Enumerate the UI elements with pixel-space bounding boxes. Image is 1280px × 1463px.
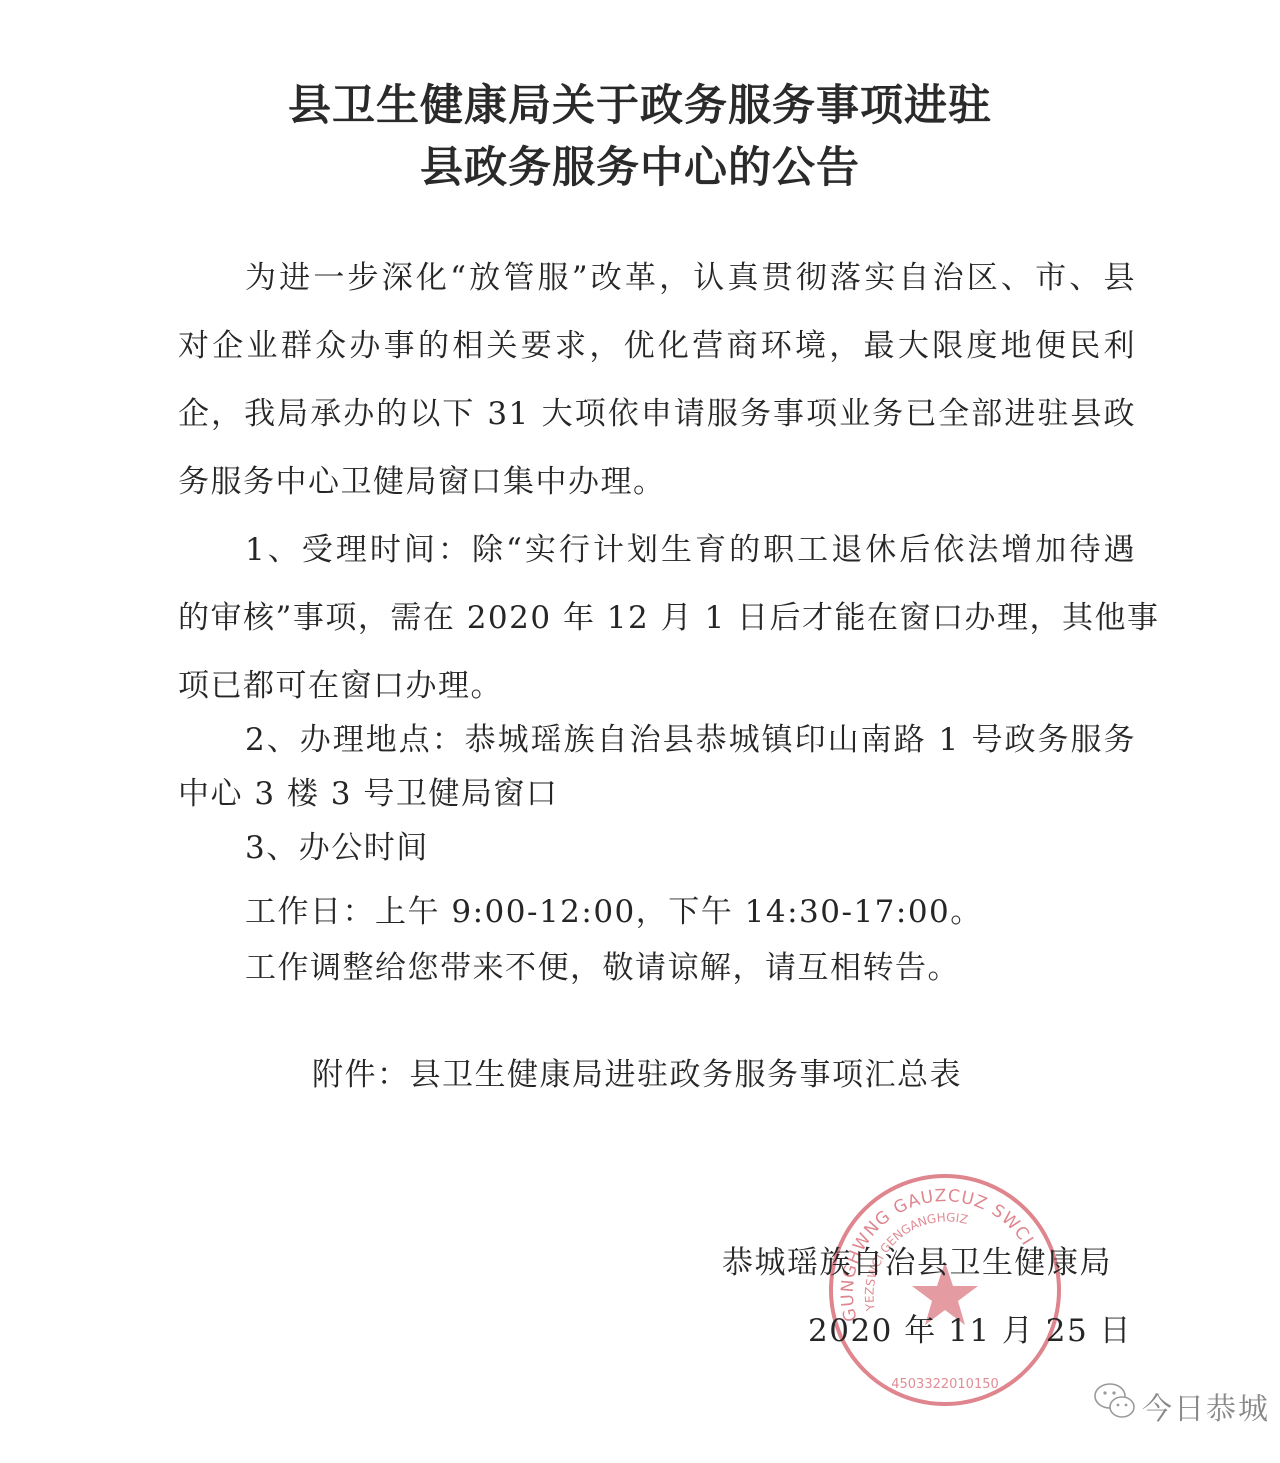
item3-heading: 3、办公时间 (245, 828, 429, 868)
watermark-label: 今日恭城 (1142, 1384, 1270, 1428)
wechat-icon (1092, 1380, 1138, 1424)
working-hours: 工作日：上午 9:00-12:00，下午 14:30-17:00。 (245, 892, 983, 932)
item1-line-2: 的审核”事项，需在 2020 年 12 月 1 日后才能在窗口办理，其他事 (178, 598, 1136, 638)
item2-line-1: 2、办理地点：恭城瑶族自治县恭城镇印山南路 1 号政务服务 (245, 720, 1136, 760)
item1-line-1: 1、受理时间：除“实行计划生育的职工退休后依法增加待遇 (245, 530, 1136, 570)
intro-line-4: 务服务中心卫健局窗口集中办理。 (178, 462, 666, 502)
document-title-line-2: 县政务服务中心的公告 (0, 134, 1280, 195)
stamp-code: 4503322010150 (891, 1377, 999, 1392)
intro-line-1: 为进一步深化“放管服”改革，认真贯彻落实自治区、市、县 (245, 258, 1136, 298)
item1-line-3: 项已都可在窗口办理。 (178, 666, 503, 706)
attachment-line: 附件：县卫生健康局进驻政务服务事项汇总表 (312, 1055, 962, 1095)
signature-date: 2020 年 11 月 25 日 (808, 1305, 1132, 1350)
intro-line-2: 对企业群众办事的相关要求，优化营商环境，最大限度地便民利 (178, 326, 1136, 366)
item2-line-2: 中心 3 楼 3 号卫健局窗口 (178, 774, 558, 814)
apology-text: 工作调整给您带来不便，敬请谅解，请互相转告。 (245, 948, 960, 988)
intro-line-3: 企，我局承办的以下 31 大项依申请服务事项业务已全部进驻县政 (178, 394, 1136, 434)
official-seal-stamp: GUNGHWNG GAUZCUZ SWCI YEZSWCI GENGANGHGI… (825, 1170, 1065, 1410)
document-title-line-1: 县卫生健康局关于政务服务事项进驻 (0, 72, 1280, 133)
signature-organization: 恭城瑶族自治县卫生健康局 (722, 1237, 1112, 1282)
